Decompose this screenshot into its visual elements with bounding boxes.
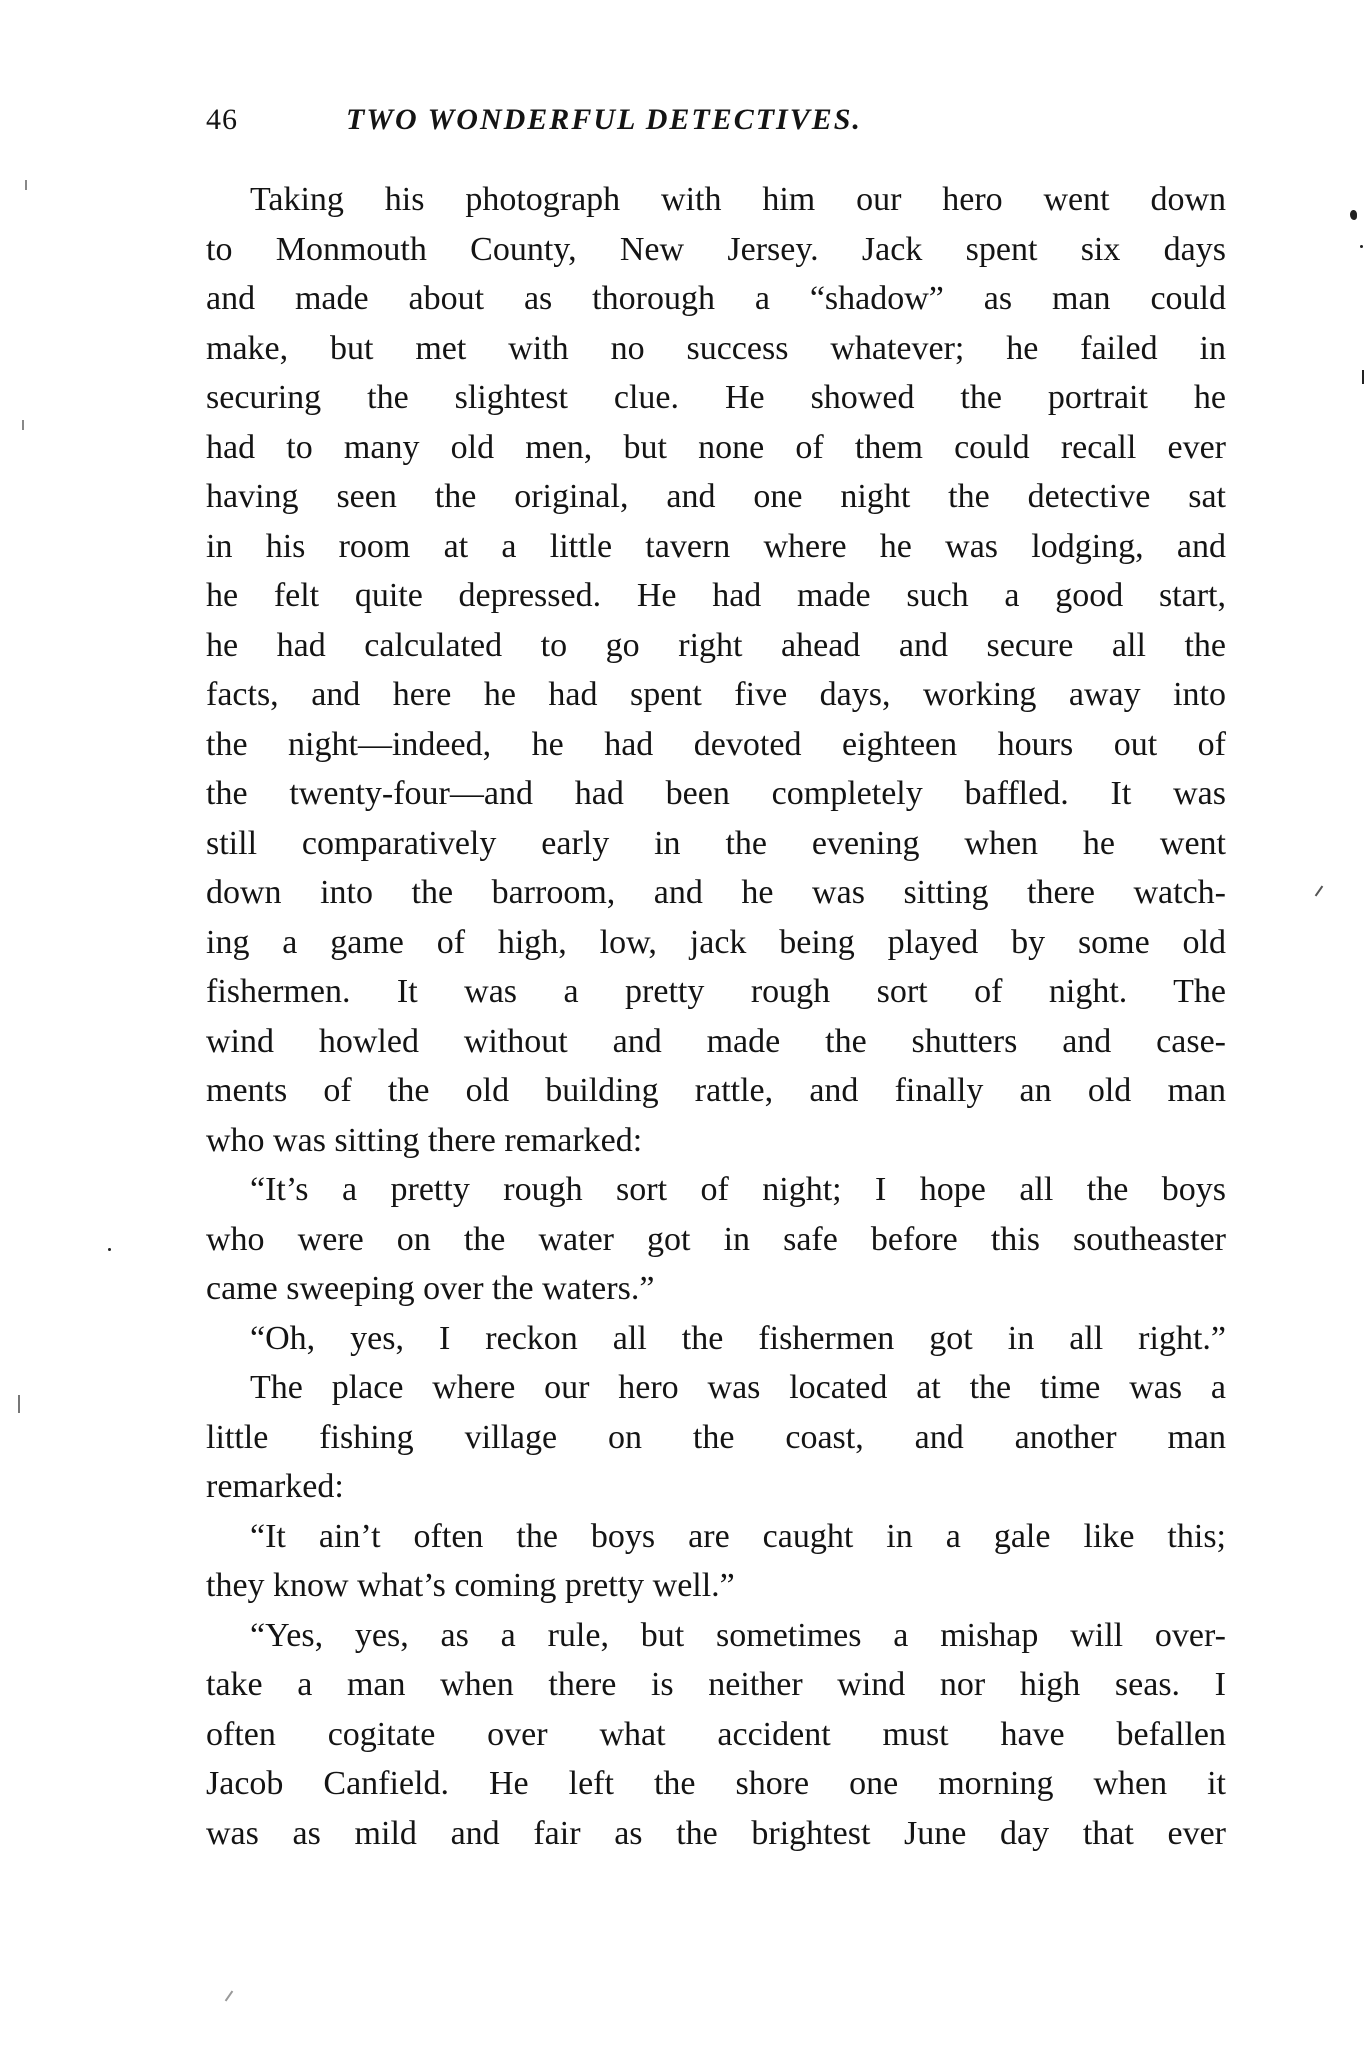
speck-mark <box>18 1395 20 1413</box>
speck-mark <box>108 1248 111 1251</box>
text-line: The place where our hero was located at … <box>206 1363 1226 1413</box>
page-number: 46 <box>206 100 238 140</box>
text-line: make, but met with no success whatever; … <box>206 324 1226 374</box>
text-line: to Monmouth County, New Jersey. Jack spe… <box>206 225 1226 275</box>
ink-blot-mark <box>1350 210 1357 220</box>
text-line: remarked: <box>206 1462 1226 1512</box>
book-page: 46 TWO WONDERFUL DETECTIVES. Taking his … <box>0 0 1371 2046</box>
text-line: he had calculated to go right ahead and … <box>206 621 1226 671</box>
text-line: down into the barroom, and he was sittin… <box>206 868 1226 918</box>
text-line: “Yes, yes, as a rule, but sometimes a mi… <box>206 1611 1226 1661</box>
text-line: facts, and here he had spent five days, … <box>206 670 1226 720</box>
text-line: “It’s a pretty rough sort of night; I ho… <box>206 1165 1226 1215</box>
text-line: take a man when there is neither wind no… <box>206 1660 1226 1710</box>
speck-mark <box>22 420 24 430</box>
text-line: little fishing village on the coast, and… <box>206 1413 1226 1463</box>
text-line: still comparatively early in the evening… <box>206 819 1226 869</box>
text-line: the twenty-four—and had been completely … <box>206 769 1226 819</box>
speck-mark <box>25 180 27 190</box>
running-title: TWO WONDERFUL DETECTIVES. <box>346 100 862 140</box>
body-text: Taking his photograph with him our hero … <box>206 175 1226 1858</box>
speck-mark <box>1315 886 1324 897</box>
speck-mark <box>225 1991 234 2002</box>
text-line: ing a game of high, low, jack being play… <box>206 918 1226 968</box>
speck-mark <box>1360 245 1363 248</box>
text-line: securing the slightest clue. He showed t… <box>206 373 1226 423</box>
text-line: “Oh, yes, I reckon all the fishermen got… <box>206 1314 1226 1364</box>
text-line: in his room at a little tavern where he … <box>206 522 1226 572</box>
text-line: they know what’s coming pretty well.” <box>206 1561 1226 1611</box>
running-head: 46 TWO WONDERFUL DETECTIVES. <box>206 100 1226 140</box>
text-line: who was sitting there remarked: <box>206 1116 1226 1166</box>
text-line: he felt quite depressed. He had made suc… <box>206 571 1226 621</box>
text-line: who were on the water got in safe before… <box>206 1215 1226 1265</box>
text-line: was as mild and fair as the brightest Ju… <box>206 1809 1226 1859</box>
text-line: Taking his photograph with him our hero … <box>206 175 1226 225</box>
text-line: ments of the old building rattle, and fi… <box>206 1066 1226 1116</box>
text-line: having seen the original, and one night … <box>206 472 1226 522</box>
speck-mark <box>1362 370 1364 384</box>
text-line: often cogitate over what accident must h… <box>206 1710 1226 1760</box>
text-line: had to many old men, but none of them co… <box>206 423 1226 473</box>
text-line: “It ain’t often the boys are caught in a… <box>206 1512 1226 1562</box>
text-line: came sweeping over the waters.” <box>206 1264 1226 1314</box>
text-line: wind howled without and made the shutter… <box>206 1017 1226 1067</box>
text-line: fishermen. It was a pretty rough sort of… <box>206 967 1226 1017</box>
text-line: Jacob Canfield. He left the shore one mo… <box>206 1759 1226 1809</box>
text-line: the night—indeed, he had devoted eightee… <box>206 720 1226 770</box>
text-line: and made about as thorough a “shadow” as… <box>206 274 1226 324</box>
